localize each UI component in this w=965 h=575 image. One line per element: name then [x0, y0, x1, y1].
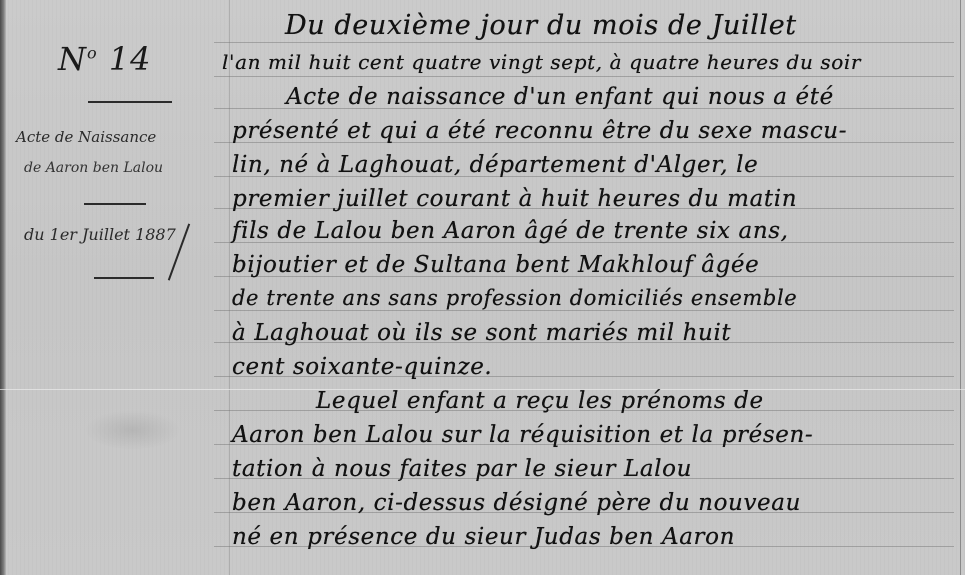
- body-line: à Laghouat où ils se sont mariés mil hui…: [232, 320, 731, 346]
- body-line: premier juillet courant à huit heures du…: [232, 186, 797, 212]
- body-line: tation à nous faites par le sieur Lalou: [232, 456, 692, 482]
- register-page: No 14 Acte de Naissance de Aaron ben Lal…: [0, 0, 965, 575]
- body-line: Lequel enfant a reçu les prénoms de: [316, 388, 764, 414]
- act-body: Du deuxième jour du mois de Juillet l'an…: [0, 0, 965, 575]
- body-line: l'an mil huit cent quatre vingt sept, à …: [222, 50, 861, 74]
- body-line: présenté et qui a été reconnu être du se…: [232, 118, 847, 144]
- body-line: lin, né à Laghouat, département d'Alger,…: [232, 152, 758, 178]
- body-line: de trente ans sans profession domiciliés…: [232, 286, 797, 310]
- body-line: bijoutier et de Sultana bent Makhlouf âg…: [232, 252, 759, 278]
- body-line: Du deuxième jour du mois de Juillet: [285, 10, 797, 41]
- body-line: cent soixante-quinze.: [232, 354, 492, 380]
- body-line: Aaron ben Lalou sur la réquisition et la…: [232, 422, 813, 448]
- body-line: ben Aaron, ci-dessus désigné père du nou…: [232, 490, 801, 516]
- body-line: fils de Lalou ben Aaron âgé de trente si…: [232, 218, 789, 244]
- body-line: né en présence du sieur Judas ben Aaron: [232, 524, 735, 550]
- body-line: Acte de naissance d'un enfant qui nous a…: [286, 84, 834, 110]
